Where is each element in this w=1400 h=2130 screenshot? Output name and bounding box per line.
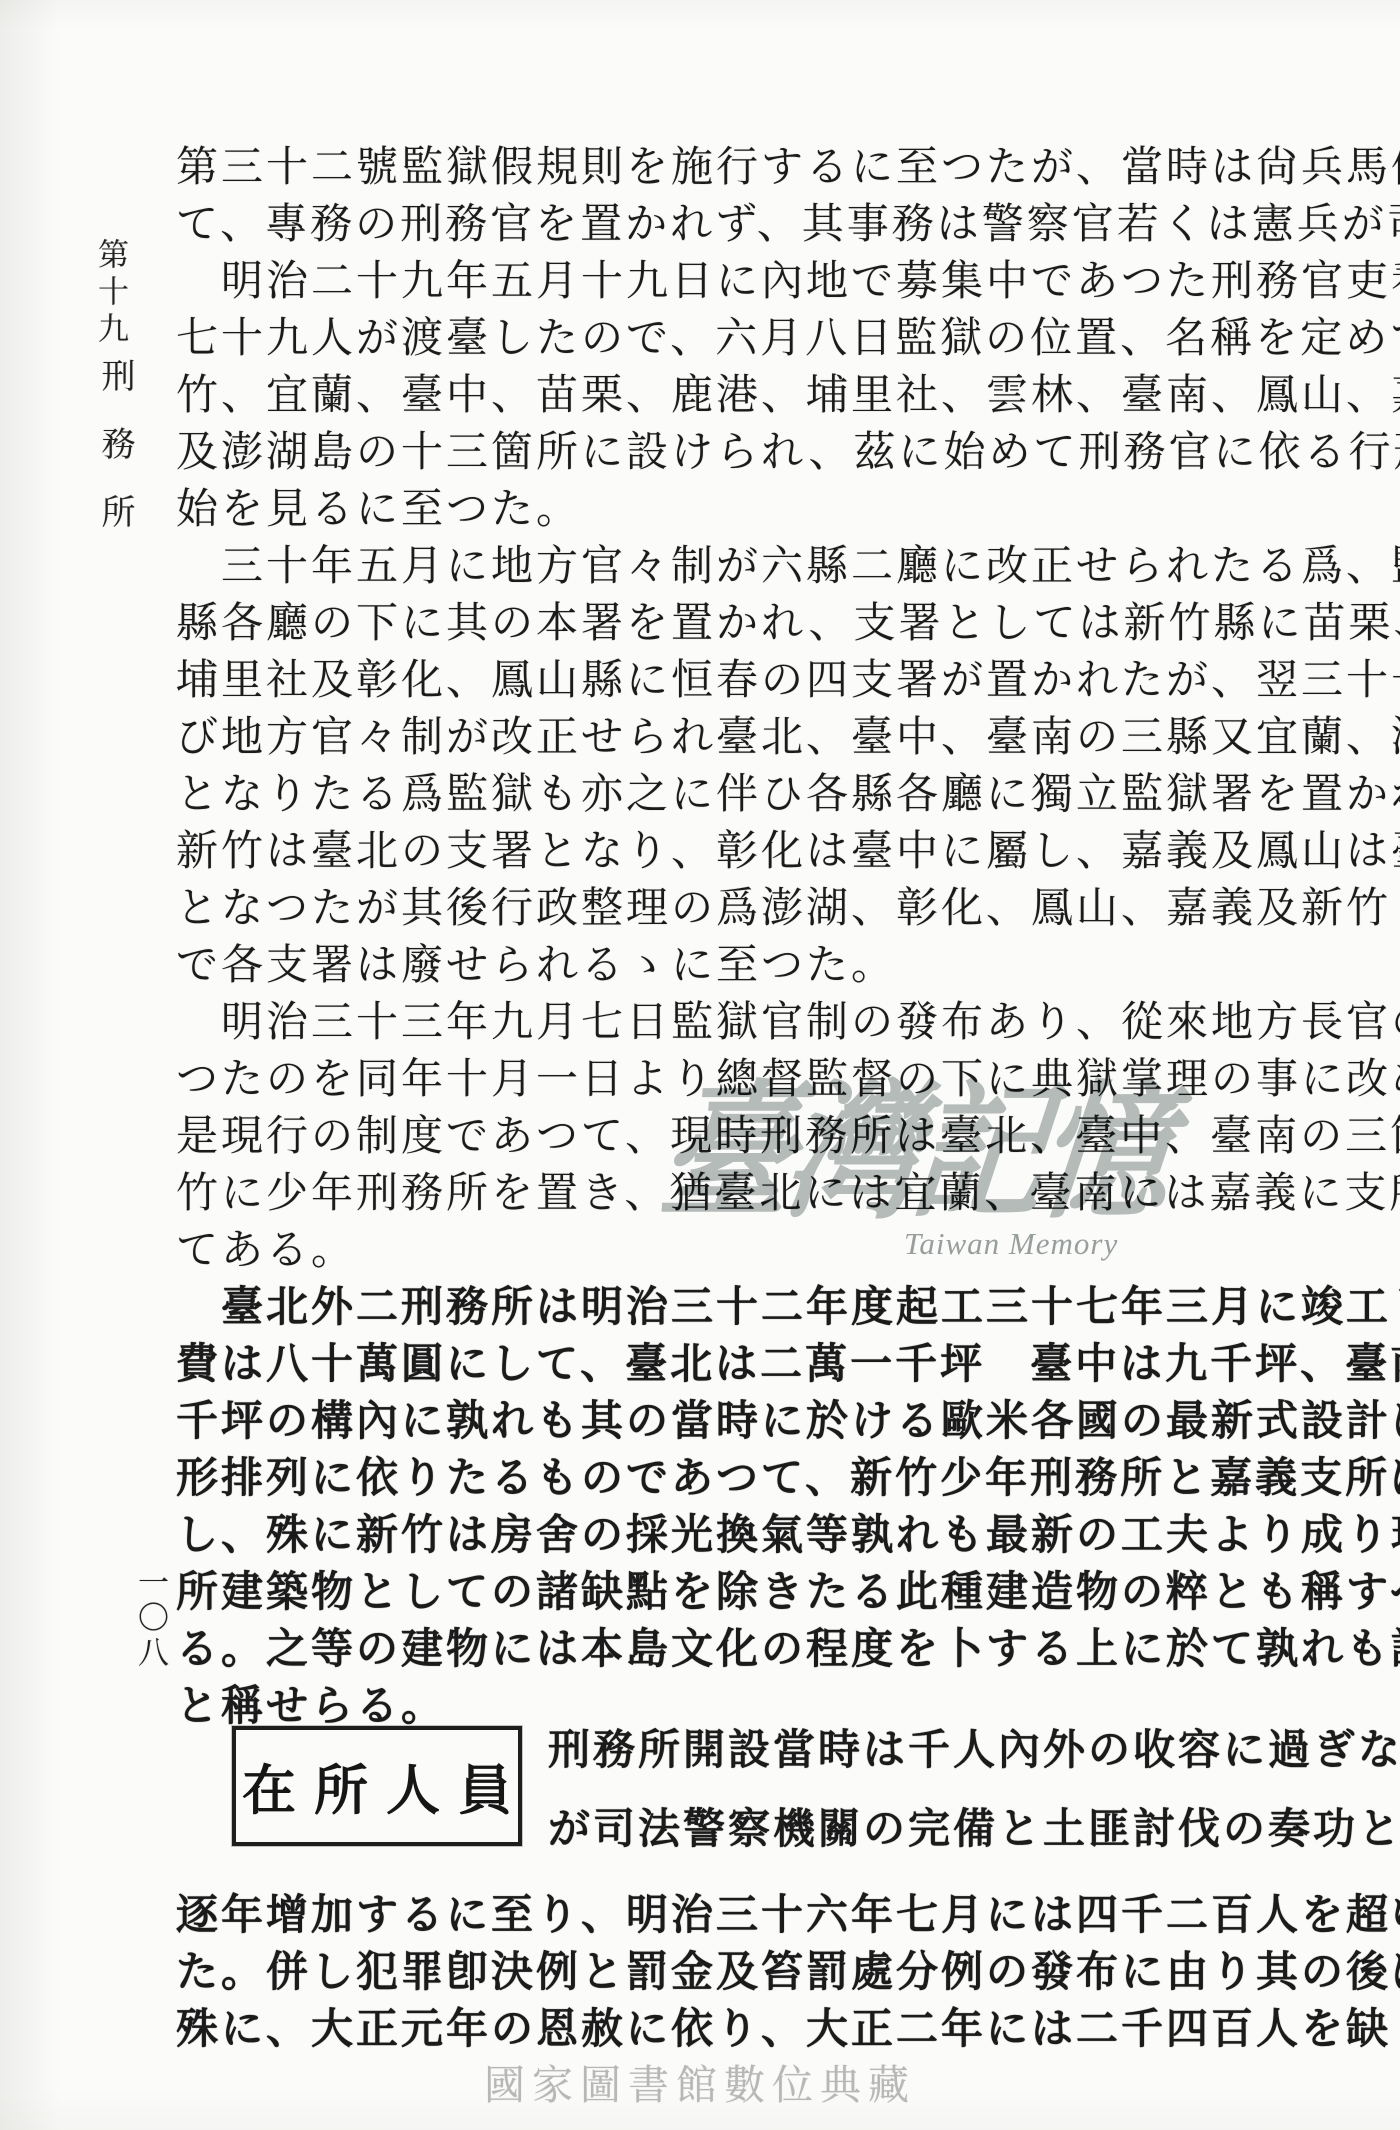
text-line: 七十九人が渡臺したので、六月八日監獄の位置、名稱を定めて臺北、新 [176,311,1276,368]
margin-section-char: 刑 [90,358,139,398]
text-line: 逐年增加するに至り、明治三十六年七月には四千二百人を超ゆるに至つ [176,1888,1400,1945]
text-line: 刑務所開設當時は千人內外の收容に過ぎなかつた [548,1712,1400,1791]
inmates-bottom-lines: 逐年增加するに至り、明治三十六年七月には四千二百人を超ゆるに至つた。併し犯罪卽決… [176,1888,1400,2059]
text-line: 埔里社及彰化、鳳山縣に恒春の四支署が置かれたが、翌三十一年六月再 [176,653,1276,710]
text-line: となつたが其後行政整理の爲澎湖、彰化、鳳山、嘉義及新竹といふ順序 [176,881,1276,938]
scanned-book-page: 第十九 刑 務 所 一〇八 第三十二號監獄假規則を施行するに至つたが、當時は尙兵… [0,0,1400,2130]
text-line: び地方官々制が改正せられ臺北、臺中、臺南の三縣又宜蘭、澎湖の二廳 [176,710,1276,767]
text-line: た。併し犯罪卽決例と罰金及笞罰處分例の發布に由り其の後は漸減し、 [176,1945,1400,2002]
text-line: となりたる爲監獄も亦之に伴ひ各縣各廳に獨立監獄署を置かれ、而して [176,767,1276,824]
text-line: 殊に、大正元年の恩赦に依り、大正二年には二千四百人を缺くるに至つ [176,2002,1400,2059]
text-line: 三十年五月に地方官々制が六縣二廳に改正せられたる爲、監獄も亦各 [176,539,1276,596]
text-line: 是現行の制度であつて、現時刑務所は臺北、臺中、臺南の三箇所外に新 [176,1109,1276,1166]
text-line: 新竹は臺北の支署となり、彰化は臺中に屬し、嘉義及鳳山は臺南の支署 [176,824,1276,881]
text-line: 形排列に依りたるものであつて、新竹少年刑務所と嘉義支所は最近竣工 [176,1451,1276,1508]
text-line: て、專務の刑務官を置かれず、其事務は警察官若くは憲兵が司掌した。 [176,197,1276,254]
text-line: 及澎湖島の十三箇所に設けられ、茲に始めて刑務官に依る行刑事務の開 [176,425,1276,482]
margin-section-char: 務 [90,426,139,466]
margin-chapter-number: 第十九 [88,238,133,349]
text-line: 明治二十九年五月十九日に內地で募集中であつた刑務官吏看守長以下 [176,254,1276,311]
text-line: つたのを同年十月一日より總督監督の下に典獄掌理の事に改められた。 [176,1052,1276,1109]
text-line: で各支署は廢せられるゝに至つた。 [176,938,1276,995]
inmates-side-lines: 刑務所開設當時は千人內外の收容に過ぎなかつたが司法警察機關の完備と土匪討伐の奏功… [548,1712,1400,1870]
footer-caption: 國家圖書館數位典藏 [0,2052,1400,2111]
inmates-label: 在所人員 [224,1748,530,1825]
text-line: が司法警察機關の完備と土匪討伐の奏功とに依り [548,1791,1400,1870]
inmates-label-box: 在所人員 [232,1726,522,1846]
text-line: 費は八十萬圓にして、臺北は二萬一千坪 臺中は九千坪、臺南は一萬八 [176,1337,1276,1394]
text-line: 所建築物としての諸缺點を除きたる此種建造物の粹とも稱すべき物であ [176,1565,1276,1622]
body-text: 第三十二號監獄假規則を施行するに至つたが、當時は尙兵馬倥偬の際とて、專務の刑務官… [176,140,1276,1736]
text-line: し、殊に新竹は房舍の採光換氣等孰れも最新の工夫より成り現在の刑務 [176,1508,1276,1565]
text-line: 第三十二號監獄假規則を施行するに至つたが、當時は尙兵馬倥偬の際と [176,140,1276,197]
text-line: 臺北外二刑務所は明治三十二年度起工三十七年三月に竣工し、其の工 [176,1280,1276,1337]
margin-section-char: 所 [90,494,139,534]
text-line: 縣各廳の下に其の本署を置かれ、支署としては新竹縣に苗栗、臺中縣に [176,596,1276,653]
margin-page-number: 一〇八 [128,1566,173,1671]
text-line: る。之等の建物には本島文化の程度を卜する上に於て孰れも誇るに足る [176,1622,1276,1679]
text-line: 始を見るに至つた。 [176,482,1276,539]
text-line: 竹に少年刑務所を置き、猶臺北には宜蘭、臺南には嘉義に支所が置かれ [176,1166,1276,1223]
text-line: 竹、宜蘭、臺中、苗栗、鹿港、埔里社、雲林、臺南、鳳山、嘉義、恒春 [176,368,1276,425]
text-line: 明治三十三年九月七日監獄官制の發布あり、從來地方長官の管理に在 [176,995,1276,1052]
text-line: 千坪の構內に孰れも其の當時に於ける歐米各國の最新式設計に倣ひ扇面 [176,1394,1276,1451]
text-line: てある。 [176,1223,1276,1280]
